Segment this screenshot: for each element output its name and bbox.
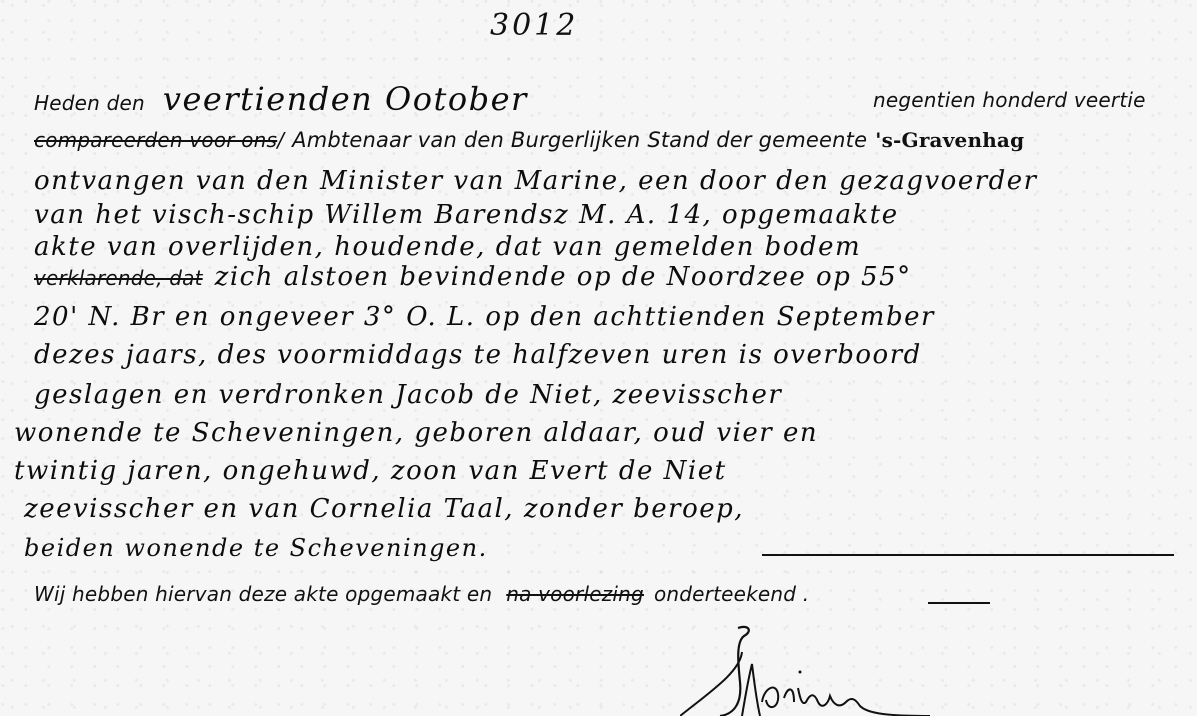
struck-printed-text: verklarende, dat <box>34 266 203 290</box>
place-name: 's-Gravenhag <box>875 128 1024 152</box>
document-line-1: Heden den veertienden Ootober <box>34 80 528 118</box>
handwritten-date: veertienden Ootober <box>163 80 528 118</box>
document-scan: 3012 Heden den veertienden Ootober negen… <box>0 0 1197 716</box>
handwritten-line-4: van het visch-schip Willem Barendsz M. A… <box>34 200 899 230</box>
document-line-6: verklarende, dat zich alstoen bevindende… <box>34 262 912 292</box>
handwritten-line-9: geslagen en verdronken Jacob de Niet, ze… <box>34 380 782 410</box>
printed-text: Wij hebben hiervan deze akte opgemaakt e… <box>34 582 492 606</box>
handwritten-line-5: akte van overlijden, houdende, dat van g… <box>34 232 861 262</box>
handwritten-line-8: dezes jaars, des voormiddags te halfzeve… <box>34 340 922 370</box>
printed-year-text: negentien honderd veertie <box>873 88 1146 112</box>
printed-text: Ambtenaar van den Burgerlijken Stand der… <box>292 128 867 152</box>
handwritten-line-10: wonende te Scheveningen, geboren aldaar,… <box>14 418 818 448</box>
handwritten-line-11: twintig jaren, ongehuwd, zoon van Evert … <box>14 456 727 486</box>
handwritten-line-12: zeevisscher en van Cornelia Taal, zonder… <box>24 494 744 524</box>
fill-line <box>762 554 1174 556</box>
printed-text: Heden den <box>34 91 145 115</box>
printed-text: onderteekend . <box>654 582 809 606</box>
handwritten-text: zich alstoen bevindende op de Noordzee o… <box>215 262 912 292</box>
record-number: 3012 <box>490 8 578 43</box>
handwritten-line-3: ontvangen van den Minister van Marine, e… <box>34 166 1038 196</box>
fill-line <box>928 602 990 604</box>
document-line-2: compareerden voor ons/ Ambtenaar van den… <box>34 128 1024 152</box>
handwritten-line-7: 20' N. Br en ongeveer 3° O. L. op den ac… <box>34 302 935 332</box>
struck-printed-text: na voorlezing <box>506 582 644 606</box>
handwritten-line-13: beiden wonende te Scheveningen. <box>24 534 488 562</box>
document-line-14: Wij hebben hiervan deze akte opgemaakt e… <box>34 582 809 606</box>
slash-mark: / <box>277 128 284 152</box>
struck-printed-text: compareerden voor ons <box>34 128 277 152</box>
signature <box>680 622 980 716</box>
